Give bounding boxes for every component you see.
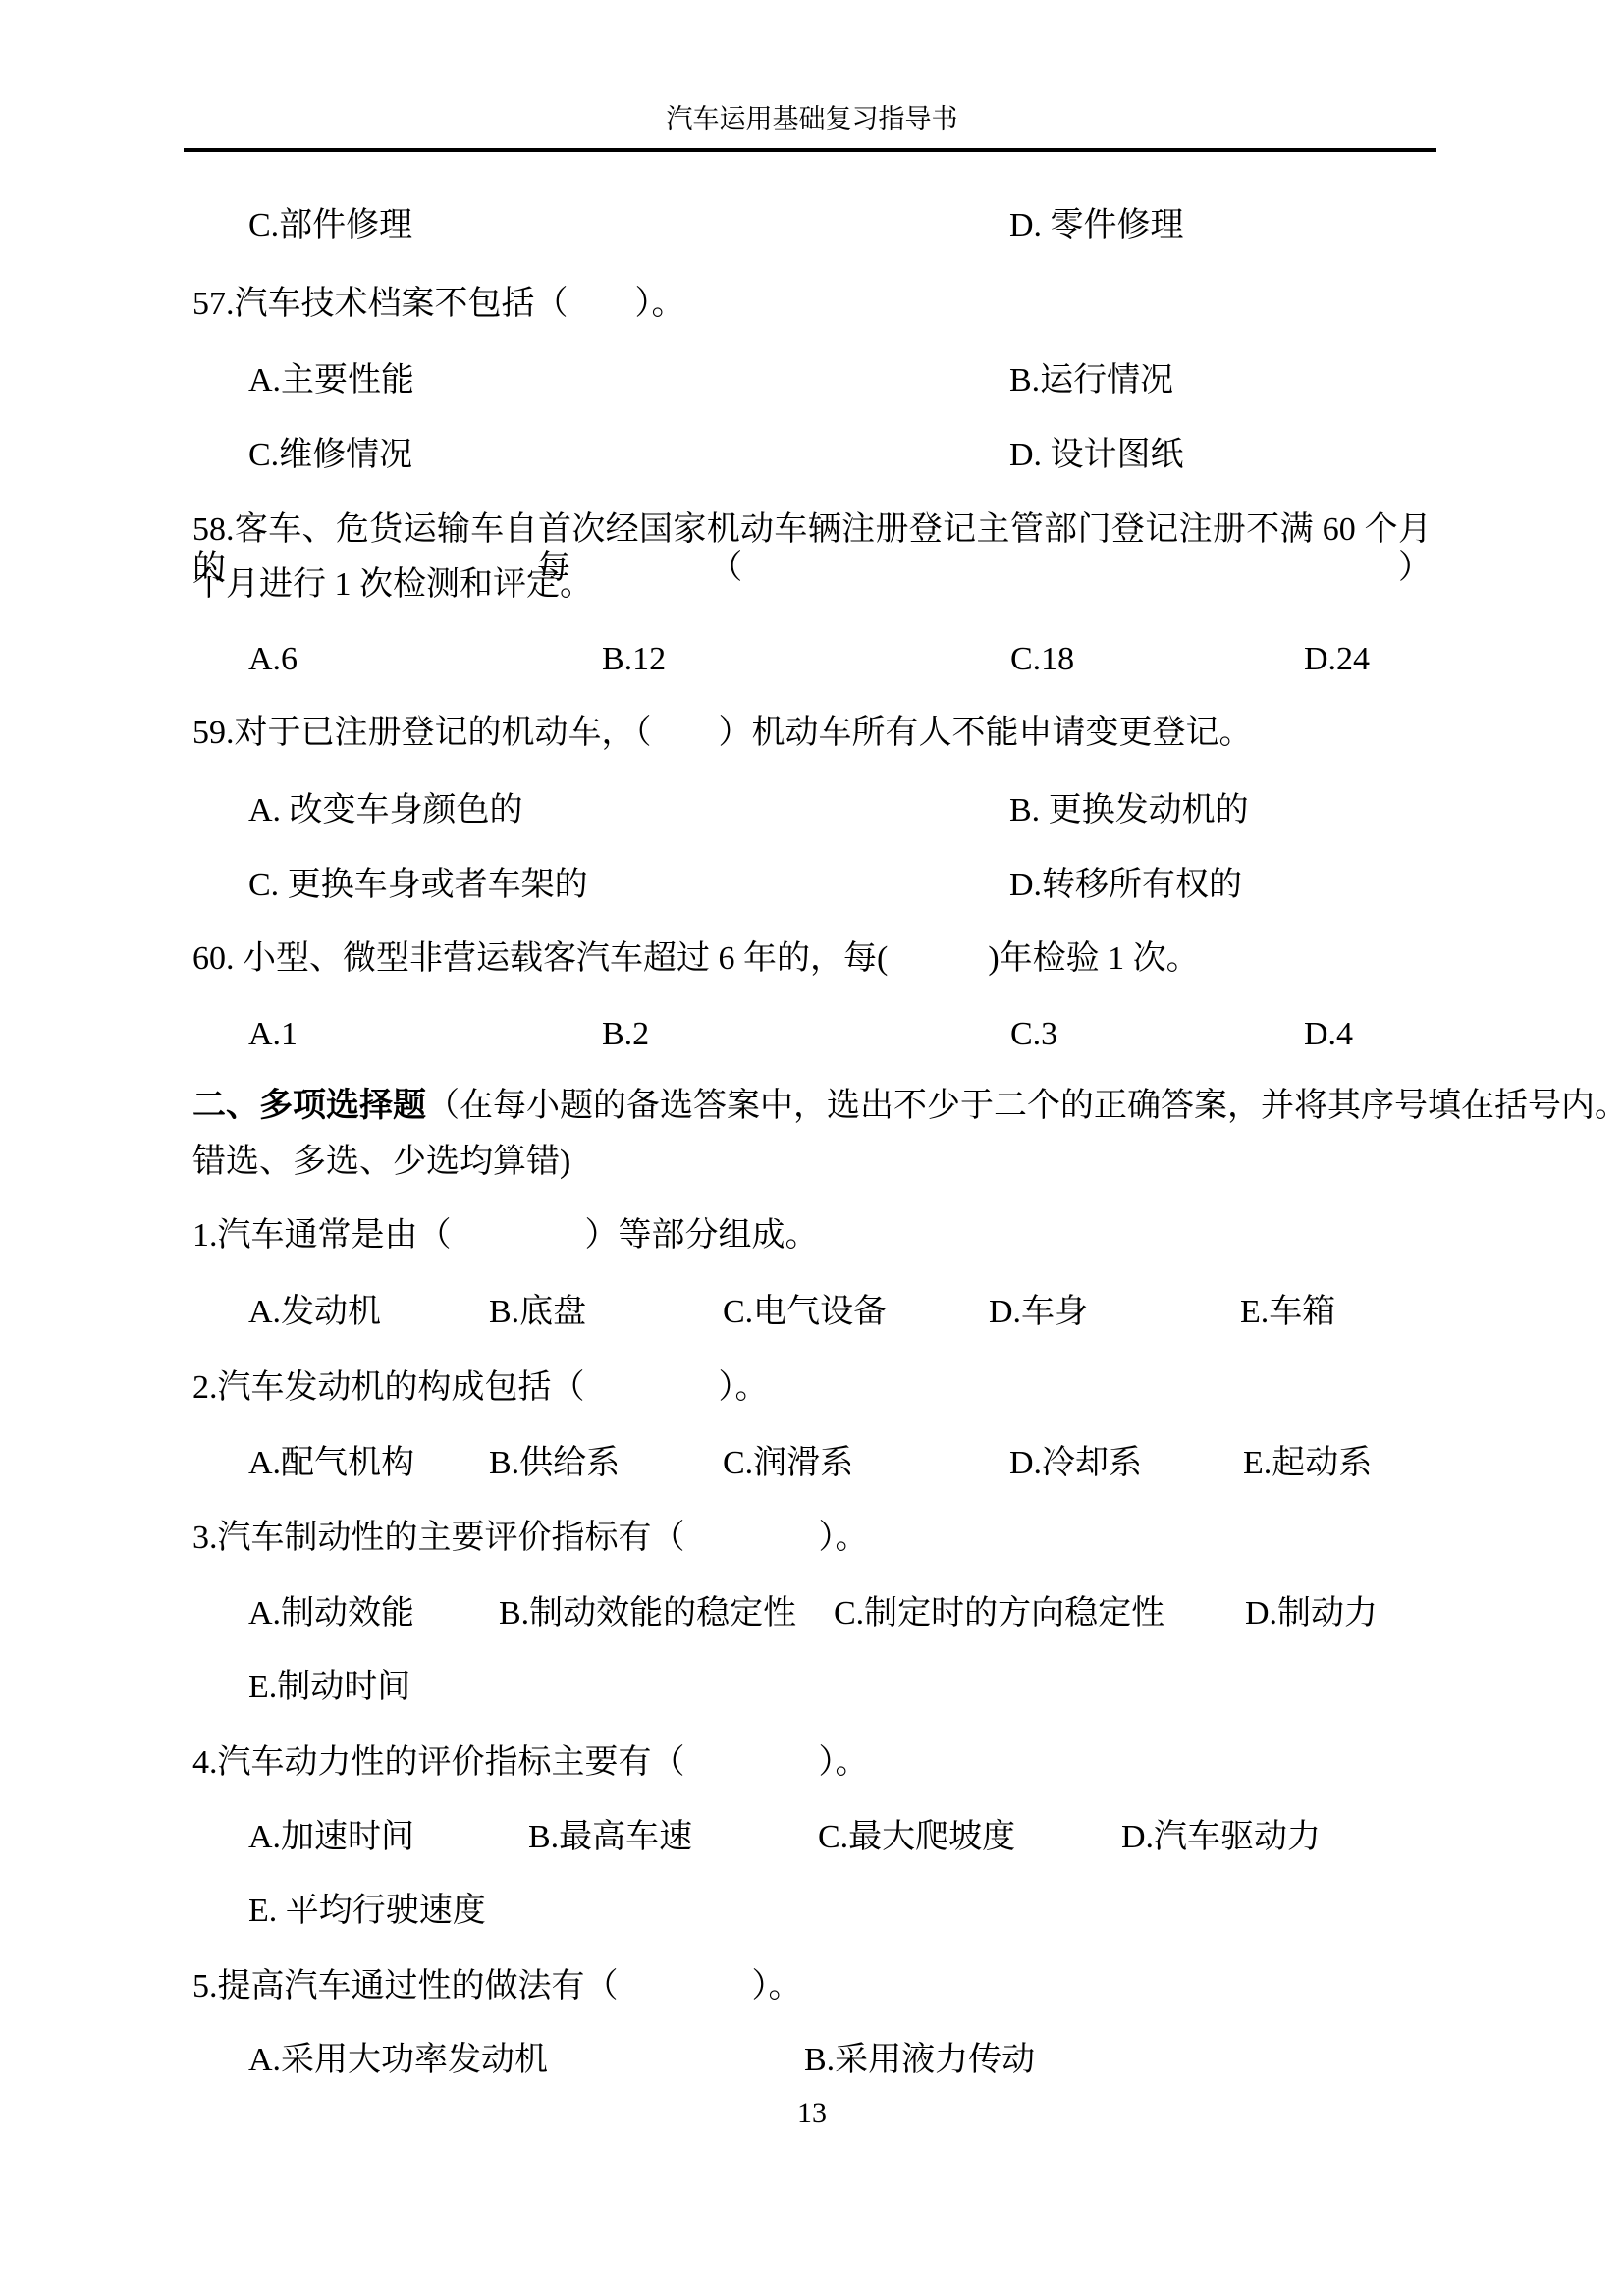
question-m4-option-c: C.最大爬坡度 — [818, 1818, 1015, 1856]
doc-title: 汽车运用基础复习指导书 — [0, 104, 1624, 134]
question-m3-option-a: A.制动效能 — [248, 1594, 414, 1632]
question-m3-option-d: D.制动力 — [1245, 1594, 1378, 1632]
question-57-option-c: C.维修情况 — [248, 436, 412, 474]
question-m4-option-b: B.最高车速 — [528, 1818, 692, 1856]
page-number: 13 — [0, 2097, 1624, 2131]
question-60-option-b: B.2 — [602, 1015, 649, 1053]
question-m1-option-e: E.车箱 — [1240, 1293, 1335, 1331]
question-m3-option-e: E.制动时间 — [248, 1668, 410, 1706]
question-57-option-a: A.主要性能 — [248, 361, 414, 400]
section-2-heading-intro: （在每小题的备选答案中，选出不少于二个的正确答案，并将其序号填在括号内。 — [426, 1088, 1624, 1124]
question-m5-text: 5.提高汽车通过性的做法有（ ）。 — [192, 1967, 802, 2005]
question-59-option-b: B. 更换发动机的 — [1009, 791, 1249, 829]
question-m1-option-d: D.车身 — [989, 1293, 1088, 1331]
question-56-option-c: C.部件修理 — [248, 206, 412, 244]
question-56-option-d: D. 零件修理 — [1009, 206, 1184, 244]
question-57-text: 57.汽车技术档案不包括（ ）。 — [192, 285, 685, 323]
question-m1-option-c: C.电气设备 — [723, 1293, 887, 1331]
question-60-text: 60. 小型、微型非营运载客汽车超过 6 年的，每( )年检验 1 次。 — [192, 939, 1200, 978]
question-m2-option-e: E.起动系 — [1243, 1444, 1372, 1482]
question-m2-option-d: D.冷却系 — [1009, 1444, 1142, 1482]
header-rule — [184, 148, 1436, 152]
question-m4-option-e: E. 平均行驶速度 — [248, 1892, 486, 1930]
section-2-heading-label: 二、多项选择题 — [192, 1088, 426, 1124]
question-58-option-a: A.6 — [248, 640, 298, 678]
question-m3-option-c: C.制定时的方向稳定性 — [834, 1594, 1164, 1632]
question-59-option-a: A. 改变车身颜色的 — [248, 791, 523, 829]
question-m1-option-a: A.发动机 — [248, 1293, 381, 1331]
question-57-option-d: D. 设计图纸 — [1009, 436, 1184, 474]
question-57-option-b: B.运行情况 — [1009, 361, 1173, 400]
question-m2-option-b: B.供给系 — [489, 1444, 620, 1482]
question-m5-option-b: B.采用液力传动 — [804, 2041, 1035, 2079]
question-58-option-c: C.18 — [1010, 640, 1074, 678]
question-m4-option-a: A.加速时间 — [248, 1818, 414, 1856]
question-m1-option-b: B.底盘 — [489, 1293, 586, 1331]
question-m2-text: 2.汽车发动机的构成包括（ ）。 — [192, 1368, 769, 1407]
document-page: 汽车运用基础复习指导书 C.部件修理 D. 零件修理 57.汽车技术档案不包括（… — [0, 0, 1624, 2296]
question-m4-option-d: D.汽车驱动力 — [1121, 1818, 1321, 1856]
question-m1-text: 1.汽车通常是由（ ）等部分组成。 — [192, 1216, 819, 1255]
question-58-option-d: D.24 — [1304, 640, 1370, 678]
question-m5-option-a: A.采用大功率发动机 — [248, 2041, 548, 2079]
question-m3-option-b: B.制动效能的稳定性 — [499, 1594, 796, 1632]
question-58-text-line2: 个月进行 1 次检测和评定。 — [192, 565, 593, 604]
question-60-option-c: C.3 — [1010, 1015, 1057, 1053]
question-58-option-b: B.12 — [602, 640, 666, 678]
question-m2-option-a: A.配气机构 — [248, 1444, 414, 1482]
question-59-option-c: C. 更换车身或者车架的 — [248, 866, 588, 904]
question-m4-text: 4.汽车动力性的评价指标主要有（ ）。 — [192, 1743, 869, 1782]
section-2-intro-continued: 错选、多选、少选均算错) — [192, 1143, 570, 1181]
question-60-option-a: A.1 — [248, 1015, 298, 1053]
section-2-heading: 二、多项选择题（在每小题的备选答案中，选出不少于二个的正确答案，并将其序号填在括… — [192, 1087, 1624, 1125]
question-60-option-d: D.4 — [1304, 1015, 1353, 1053]
question-m3-text: 3.汽车制动性的主要评价指标有（ ）。 — [192, 1519, 869, 1557]
question-59-text: 59.对于已注册登记的机动车，（ ）机动车所有人不能申请变更登记。 — [192, 714, 1253, 752]
question-59-option-d: D.转移所有权的 — [1009, 866, 1242, 904]
question-m2-option-c: C.润滑系 — [723, 1444, 853, 1482]
